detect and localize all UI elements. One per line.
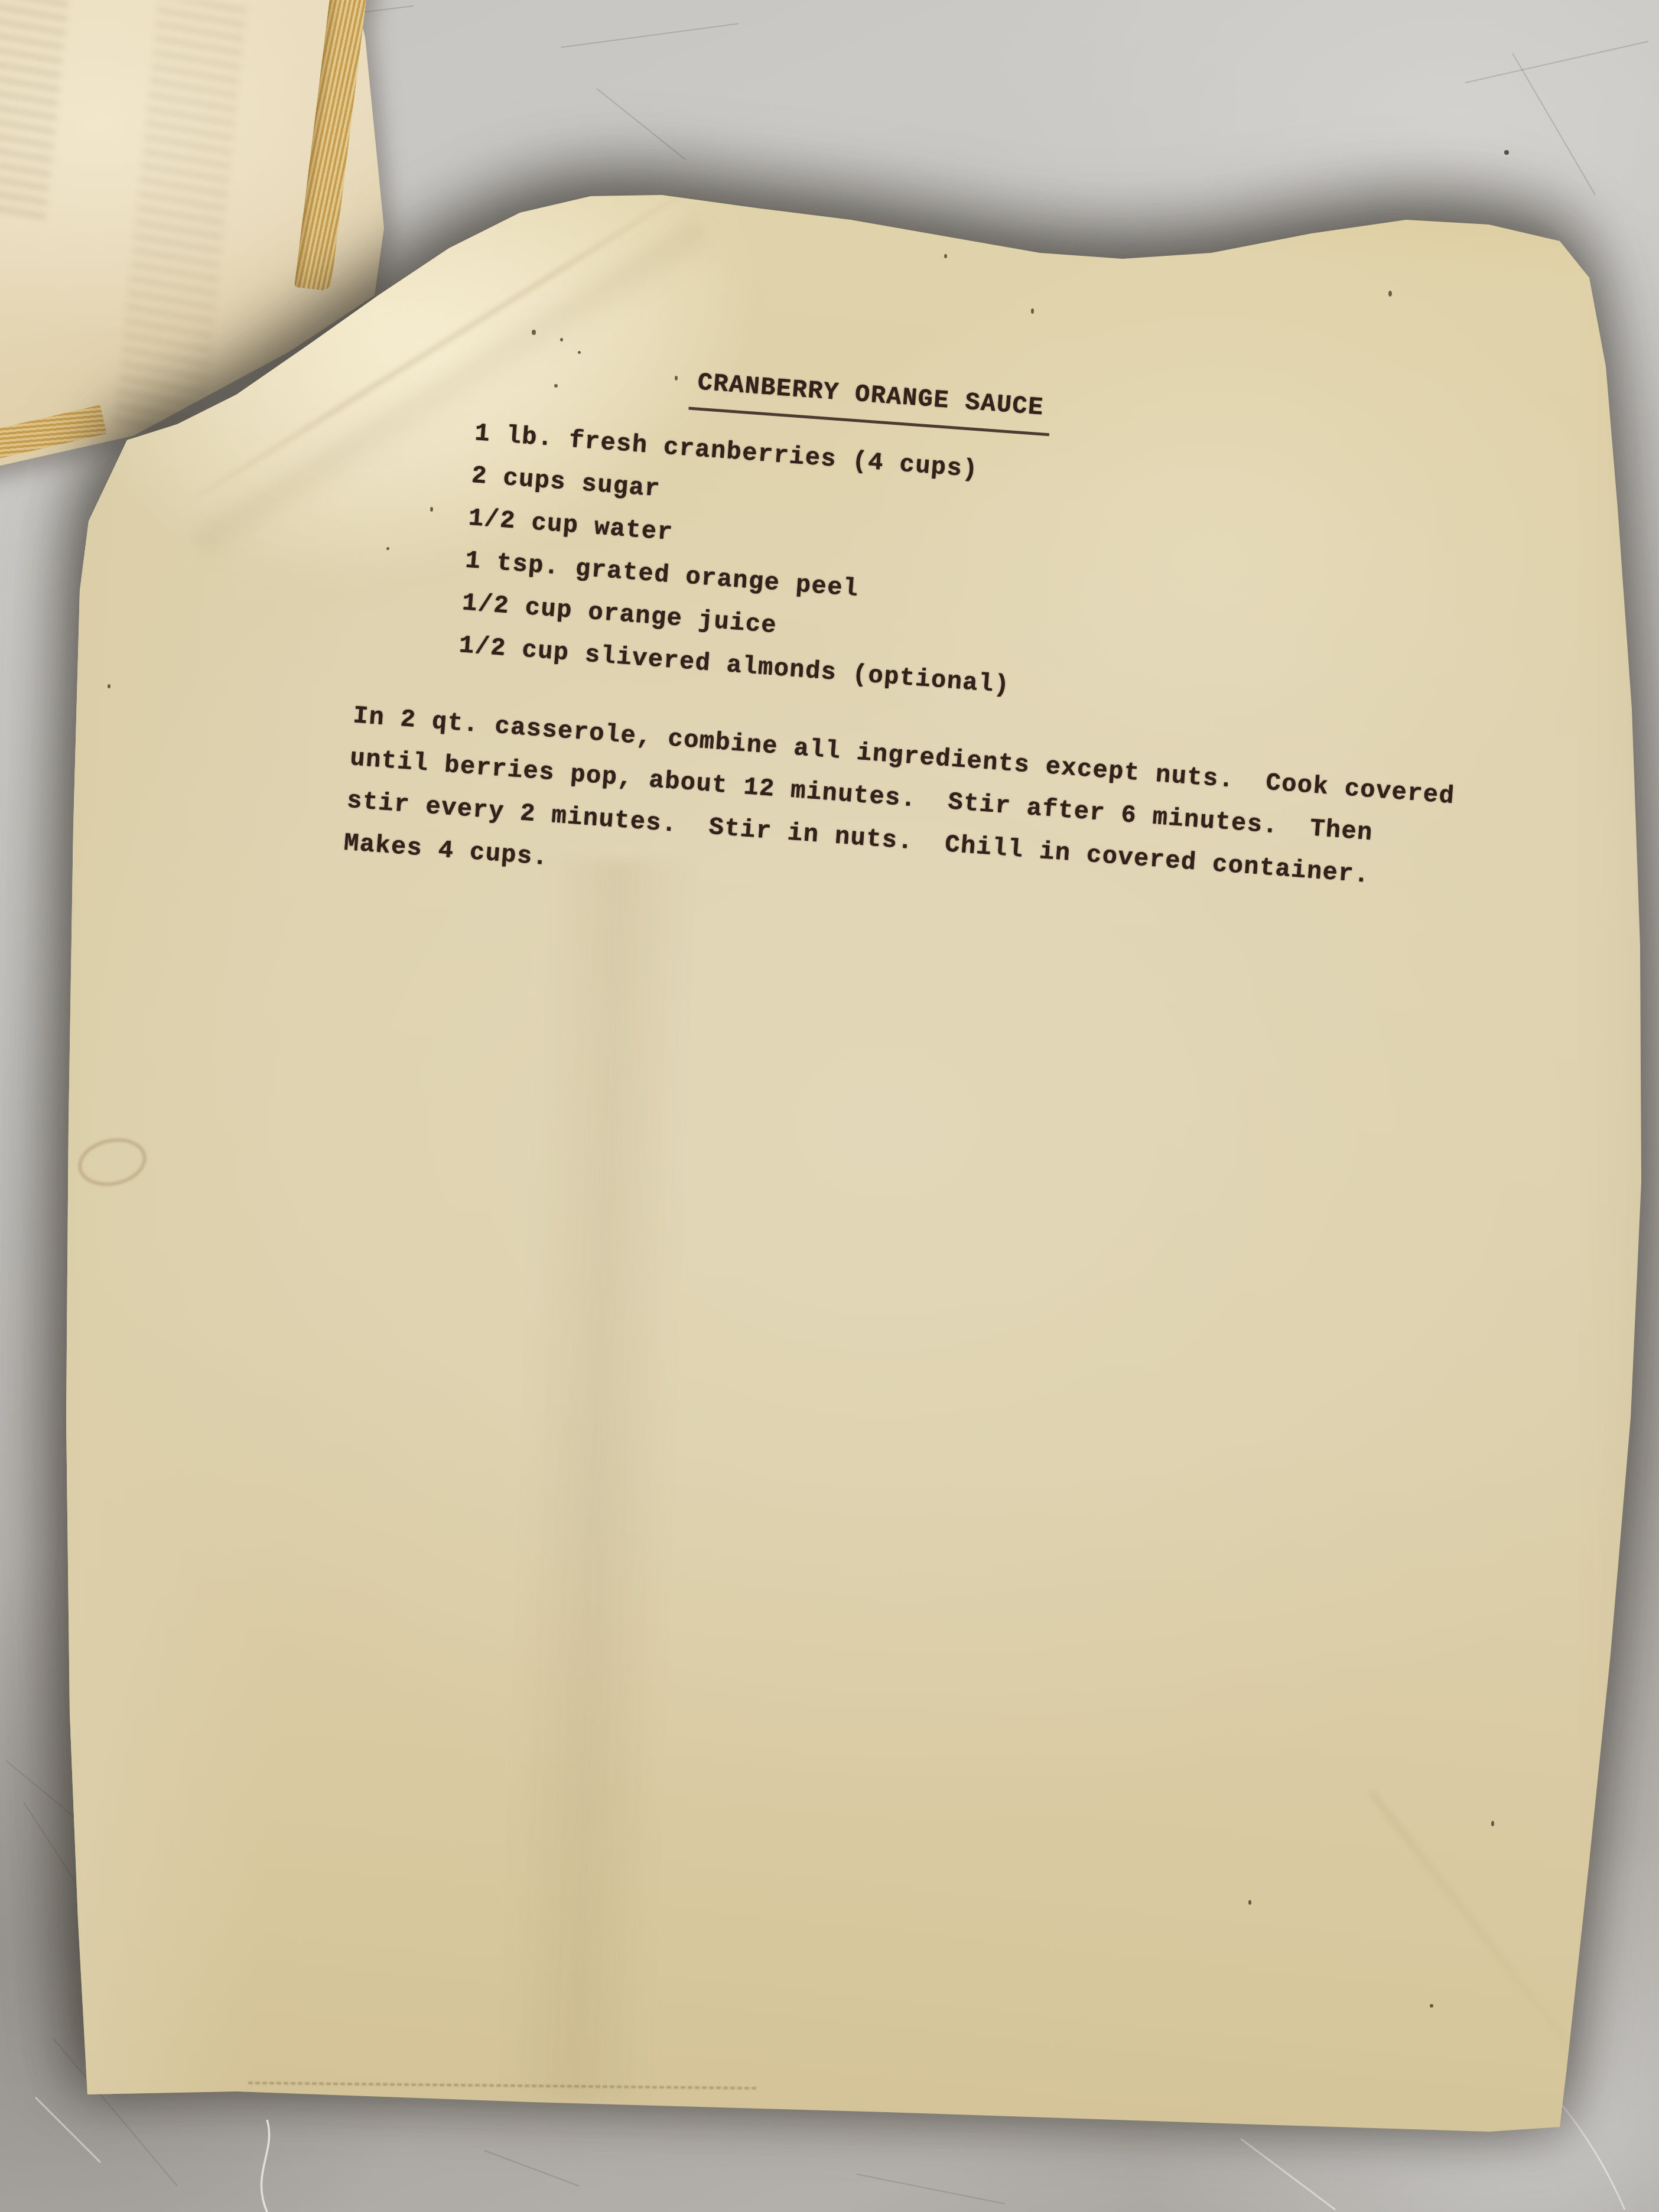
paper-speck: [1248, 1900, 1251, 1905]
recipe-sheet: CRANBERRY ORANGE SAUCE 1 lb. fresh cranb…: [0, 0, 1659, 2212]
paper-speck: [1031, 308, 1034, 314]
paper-speck: [532, 330, 536, 335]
paper-speck: [108, 684, 110, 688]
sheet-crease: [498, 857, 695, 2103]
paper-speck: [944, 254, 947, 258]
paper-speck: [1491, 1821, 1494, 1826]
recipe-text-block: CRANBERRY ORANGE SAUCE 1 lb. fresh cranb…: [342, 337, 1589, 953]
recipe-title: CRANBERRY ORANGE SAUCE: [688, 360, 1052, 437]
paper-speck: [1430, 2004, 1433, 2008]
sheet-crease: [1370, 1791, 1634, 2128]
paper-speck: [560, 338, 563, 341]
recipe-sheet-wrapper: CRANBERRY ORANGE SAUCE 1 lb. fresh cranb…: [0, 0, 1659, 2212]
paper-speck: [1388, 291, 1392, 297]
photo-scene: CRANBERRY ORANGE SAUCE 1 lb. fresh cranb…: [0, 0, 1659, 2212]
ring-stain: [74, 1133, 151, 1192]
